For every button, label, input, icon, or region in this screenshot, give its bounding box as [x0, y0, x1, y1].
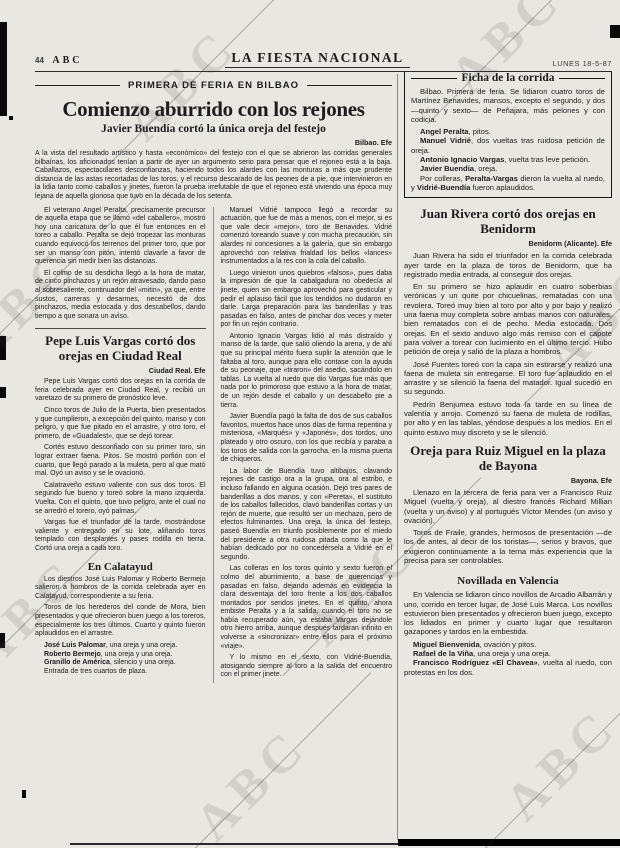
results-line: José Luis Palomar, una oreja y una oreja… [35, 642, 206, 651]
body-paragraph: Y lo mismo en el sexto, con Vidrié-Buend… [221, 654, 393, 680]
body-paragraph: Pepe Luis Vargas cortó dos orejas en la … [35, 378, 206, 404]
section-title: LA FIESTA NACIONAL [225, 50, 409, 68]
bottom-bar [398, 839, 620, 846]
kicker-rule [35, 85, 120, 86]
kicker: PRIMERA DE FERIA EN BILBAO [120, 80, 307, 91]
dateline: Ciudad Real. Efe [35, 366, 206, 375]
subarticle-headline-bayona: Oreja para Ruiz Miguel en la plaza de Ba… [404, 443, 612, 473]
ficha-rule [411, 78, 457, 79]
newspaper-page: ABC ABC ABC ABC ABC ABC ABC ABC 44 ABC L… [0, 0, 620, 848]
results-line: Francisco Rodríguez «El Chavea», vuelta … [404, 658, 612, 677]
body-paragraph: Los diestros José Luis Palomar y Roberto… [35, 576, 206, 602]
subarticle-headline-benidorm: Juan Rivera cortó dos orejas en Benidorm [404, 206, 612, 236]
ficha-entry: Angel Peralta, pitos. [411, 127, 605, 136]
body-paragraph: Toros de Fraile, grandes, hermosos de pr… [404, 528, 612, 565]
ficha-entry: Javier Buendía, oreja. [411, 164, 605, 173]
kicker-row: PRIMERA DE FERIA EN BILBAO [35, 80, 392, 91]
scan-mark [0, 336, 6, 360]
body-paragraph: El veterano Angel Peralta, precisamente … [35, 207, 206, 267]
article-columns: El veterano Angel Peralta, precisamente … [35, 207, 392, 683]
body-paragraph: Pedrín Benjumea estuvo toda la tarde en … [404, 400, 612, 437]
body-paragraph: Antonio Ignacio Vargas lidió al más dist… [221, 333, 393, 410]
body-paragraph: Llenazo en la tercera de feria para ver … [404, 488, 612, 525]
dateline: Bayona. Efe [404, 476, 612, 485]
ficha-intro: Bilbao. Primera de feria. Se lidiaron cu… [411, 87, 605, 124]
abc-watermark: ABC [494, 696, 620, 832]
body-paragraph: Juan Rivera ha sido el triunfador en la … [404, 251, 612, 279]
ficha-entry: Manuel Vidrié, dos vueltas tras ruidosa … [411, 136, 605, 155]
ficha-title-row: Ficha de la corrida [411, 72, 605, 84]
body-paragraph: Javier Buendía pagó la falta de dos de s… [221, 413, 393, 465]
date-label: LUNES 18-5-87 [553, 59, 612, 68]
headline: Comienzo aburrido con los rejones [35, 98, 392, 121]
body-paragraph: José Fuentes toreó con la capa sin estir… [404, 360, 612, 397]
scan-mark [610, 25, 620, 38]
body-paragraph: El colmo de su desdicha llegó a la hora … [35, 270, 206, 322]
bottom-rule [70, 843, 398, 845]
subarticle-headline-calatayud: En Calatayud [35, 561, 206, 573]
abc-logo: ABC [52, 55, 82, 66]
dateline: Benidorm (Alicante). Efe [404, 239, 612, 248]
column-middle: Manuel Vidrié tampoco llegó a recordar s… [214, 207, 393, 683]
results-line: Granillo de América, silencio y una orej… [35, 659, 206, 668]
subarticle-headline-ciudad-real: Pepe Luis Vargas cortó dos orejas en Ciu… [35, 333, 206, 363]
section-rule [35, 328, 206, 329]
abc-watermark: ABC [184, 716, 320, 848]
subheadline: Javier Buendía cortó la única oreja del … [35, 123, 392, 135]
body-paragraph: Toros de los herederos del conde de Mora… [35, 604, 206, 638]
body-paragraph: Cortés estuvo desconfiado con su primer … [35, 444, 206, 478]
lede-paragraph: A la vista del resultado artístico y has… [35, 150, 392, 202]
body-paragraph: En su primero se hizo aplaudir en cuatro… [404, 282, 612, 356]
body-paragraph: Manuel Vidrié tampoco llegó a recordar s… [221, 207, 393, 267]
results-line: Rafael de la Viña, una oreja y una oreja… [404, 649, 612, 658]
column-divider [397, 74, 398, 840]
subarticle-headline-valencia: Novillada en Valencia [404, 575, 612, 587]
dateline: Bilbao. Efe [35, 138, 392, 147]
results-line: Roberto Bermejo, una oreja y una oreja. [35, 651, 206, 660]
body-paragraph: En Valencia se lidiaron cinco novillos d… [404, 590, 612, 636]
ficha-entry: Antonio Ignacio Vargas, vuelta tras leve… [411, 155, 605, 164]
body-paragraph: Luego vinieron unos quiebros «falsos», p… [221, 270, 393, 330]
body-paragraph: Las colleras en los toros quinto y sexto… [221, 565, 393, 651]
right-rail: Ficha de la corrida Bilbao. Primera de f… [404, 72, 612, 677]
page-number-and-brand: 44 ABC [35, 50, 82, 68]
scan-mark [0, 633, 5, 648]
body-paragraph: Calatraveño estuvo valiente con sus dos … [35, 482, 206, 516]
body-paragraph: La labor de Buendía tuvo altibajos, clav… [221, 468, 393, 563]
results-line: Miguel Bienvenida, ovación y pitos. [404, 640, 612, 649]
main-article: PRIMERA DE FERIA EN BILBAO Comienzo abur… [35, 76, 392, 683]
scan-mark [0, 22, 7, 116]
column-left: El veterano Angel Peralta, precisamente … [35, 207, 214, 683]
scan-mark [9, 116, 13, 120]
body-paragraph: Cinco toros de Julio de la Puerta, bien … [35, 407, 206, 441]
kicker-rule [307, 85, 392, 86]
ficha-title: Ficha de la corrida [462, 72, 555, 84]
attendance-note: Entrada de tres cuartos de plaza. [35, 668, 206, 677]
scan-mark [0, 387, 6, 398]
page-number: 44 [35, 56, 44, 65]
ficha-footer: Por colleras, Peralta-Vargas dieron la v… [411, 174, 605, 193]
scan-mark [22, 790, 26, 798]
ficha-rule [559, 78, 605, 79]
body-paragraph: Vargas fue el triunfador de la tarde, mo… [35, 519, 206, 553]
masthead: 44 ABC LA FIESTA NACIONAL LUNES 18-5-87 [35, 50, 612, 72]
ficha-box: Ficha de la corrida Bilbao. Primera de f… [404, 72, 612, 198]
